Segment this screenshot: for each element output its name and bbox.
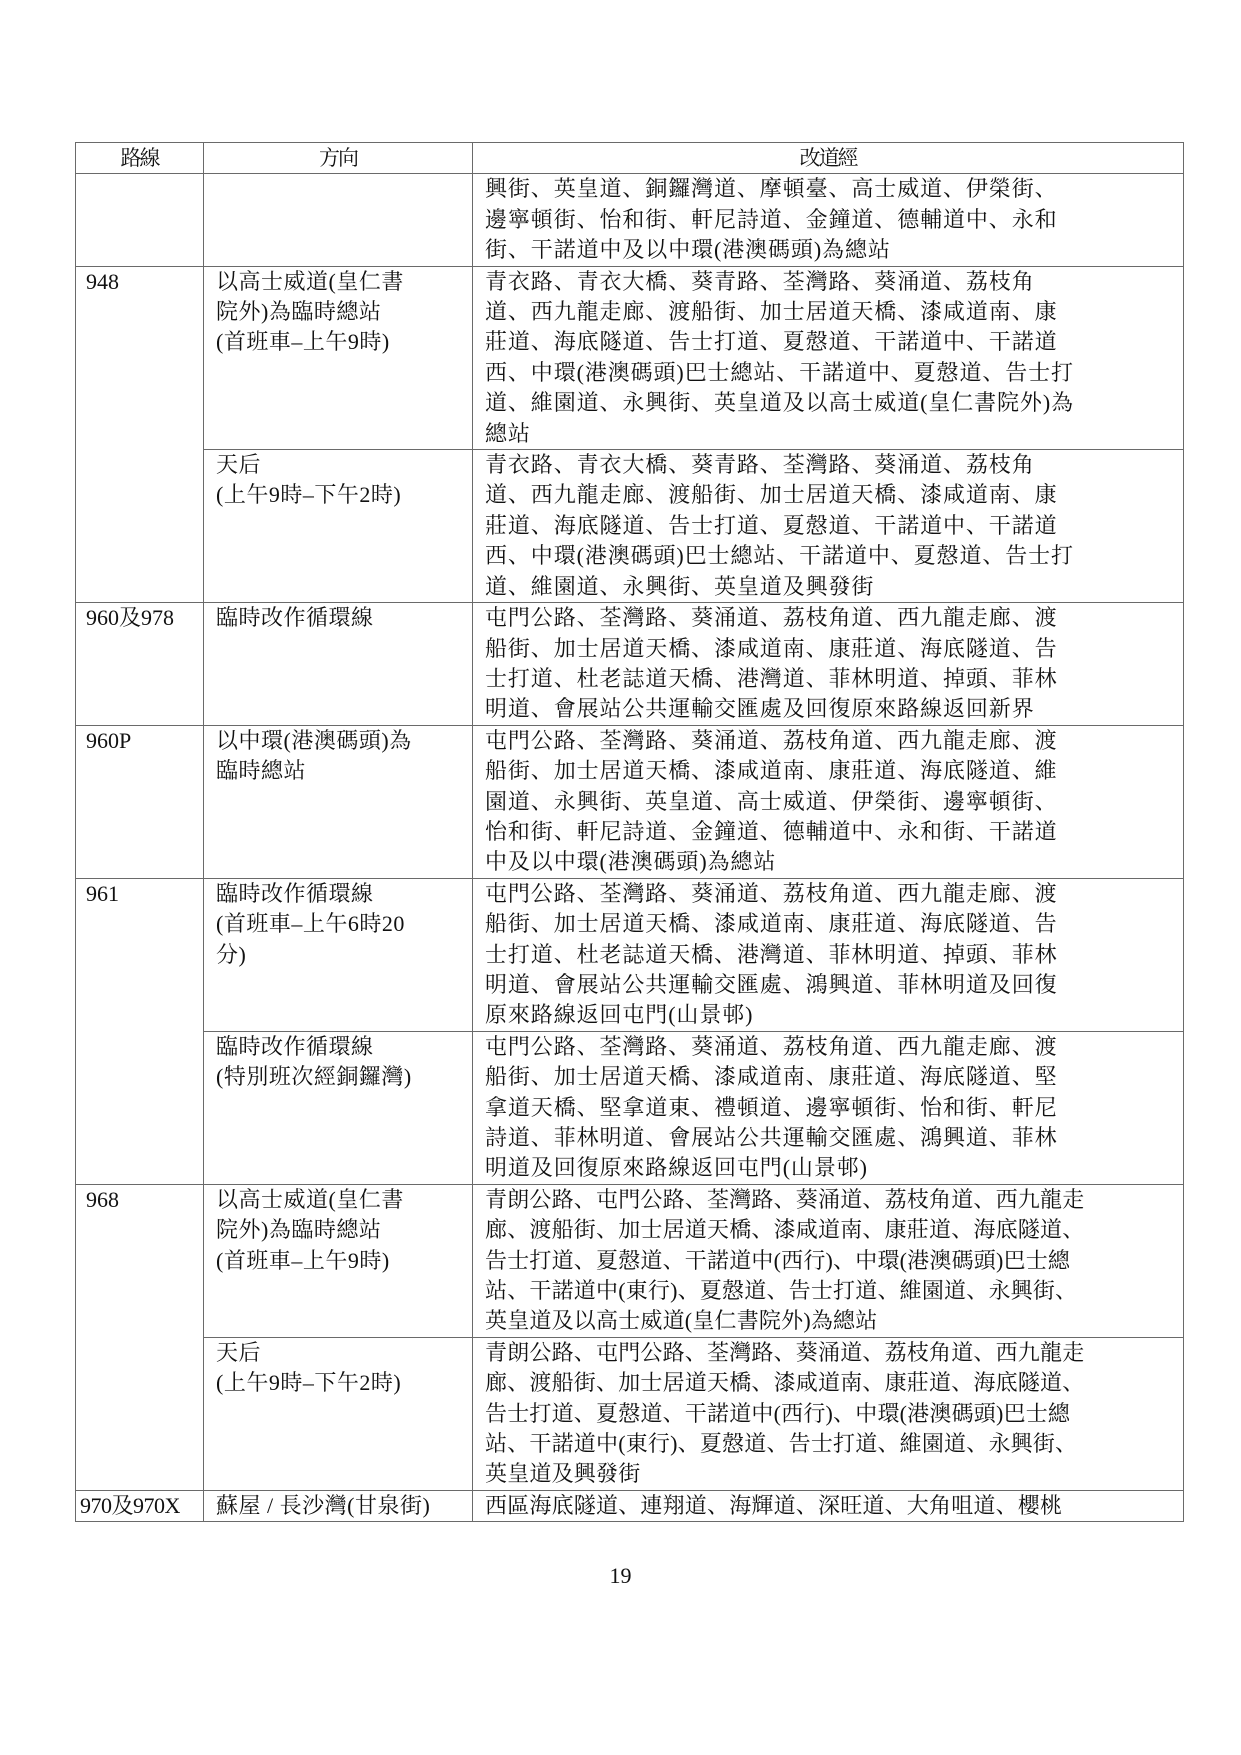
table-row: 961 臨時改作循環線 (首班車–上午6時20 分) 屯門公路、荃灣路、葵涌道、… [76, 878, 1184, 1031]
path-line: 士打道、杜老誌道天橋、港灣道、菲林明道、掉頭、菲林 [485, 664, 1177, 694]
direction-line: (特別班次經銅鑼灣) [216, 1062, 472, 1092]
path-line: 屯門公路、荃灣路、葵涌道、荔枝角道、西九龍走廊、渡 [485, 1032, 1177, 1062]
path-line: 站、干諾道中(東行)、夏慤道、告士打道、維園道、永興街、 [485, 1276, 1177, 1306]
path-line: 屯門公路、荃灣路、葵涌道、荔枝角道、西九龍走廊、渡 [485, 879, 1177, 909]
path-line: 青朗公路、屯門公路、荃灣路、葵涌道、荔枝角道、西九龍走 [485, 1338, 1177, 1368]
path-cell: 屯門公路、荃灣路、葵涌道、荔枝角道、西九龍走廊、渡 船街、加士居道天橋、漆咸道南… [473, 878, 1184, 1031]
header-diversion-path: 改道經 [473, 143, 1184, 174]
table-row: 960P 以中環(港澳碼頭)為 臨時總站 屯門公路、荃灣路、葵涌道、荔枝角道、西… [76, 725, 1184, 878]
path-line: 街、干諾道中及以中環(港澳碼頭)為總站 [485, 235, 1177, 265]
path-line: 告士打道、夏慤道、干諾道中(西行)、中環(港澳碼頭)巴士總 [485, 1246, 1177, 1276]
table-row: 960及978 臨時改作循環線 屯門公路、荃灣路、葵涌道、荔枝角道、西九龍走廊、… [76, 603, 1184, 726]
page-number: 19 [0, 1563, 1241, 1589]
path-line: 屯門公路、荃灣路、葵涌道、荔枝角道、西九龍走廊、渡 [485, 603, 1177, 633]
path-line: 道、維園道、永興街、英皇道及興發街 [485, 572, 1177, 602]
table-row: 天后 (上午9時–下午2時) 青衣路、青衣大橋、葵青路、荃灣路、葵涌道、荔枝角 … [76, 450, 1184, 603]
path-cell: 青衣路、青衣大橋、葵青路、荃灣路、葵涌道、荔枝角 道、西九龍走廊、渡船街、加士居… [473, 266, 1184, 449]
route-cell: 960P [76, 725, 204, 878]
path-line: 廊、渡船街、加士居道天橋、漆咸道南、康莊道、海底隧道、 [485, 1368, 1177, 1398]
path-line: 船街、加士居道天橋、漆咸道南、康莊道、海底隧道、堅 [485, 1062, 1177, 1092]
path-line: 西、中環(港澳碼頭)巴士總站、干諾道中、夏慤道、告士打 [485, 541, 1177, 571]
route-diversion-table: 路線 方向 改道經 興街、英皇道、銅鑼灣道、摩頓臺、高士威道、伊榮街、 邊寧頓街… [75, 142, 1184, 1522]
path-line: 告士打道、夏慤道、干諾道中(西行)、中環(港澳碼頭)巴士總 [485, 1399, 1177, 1429]
table-header-row: 路線 方向 改道經 [76, 143, 1184, 174]
direction-cell: 臨時改作循環線 (特別班次經銅鑼灣) [204, 1031, 473, 1184]
header-route: 路線 [76, 143, 204, 174]
direction-cell: 蘇屋 / 長沙灣(甘泉街) [204, 1490, 473, 1521]
path-line: 船街、加士居道天橋、漆咸道南、康莊道、海底隧道、維 [485, 756, 1177, 786]
path-cell: 青朗公路、屯門公路、荃灣路、葵涌道、荔枝角道、西九龍走 廊、渡船街、加士居道天橋… [473, 1184, 1184, 1337]
direction-line: 天后 [216, 450, 472, 480]
path-line: 青衣路、青衣大橋、葵青路、荃灣路、葵涌道、荔枝角 [485, 267, 1177, 297]
direction-line: (首班車–上午6時20 [216, 909, 472, 939]
path-line: 船街、加士居道天橋、漆咸道南、康莊道、海底隧道、告 [485, 909, 1177, 939]
path-line: 道、西九龍走廊、渡船街、加士居道天橋、漆咸道南、康 [485, 480, 1177, 510]
path-line: 莊道、海底隧道、告士打道、夏慤道、干諾道中、干諾道 [485, 327, 1177, 357]
path-line: 原來路線返回屯門(山景邨) [485, 1000, 1177, 1030]
path-cell: 青朗公路、屯門公路、荃灣路、葵涌道、荔枝角道、西九龍走 廊、渡船街、加士居道天橋… [473, 1337, 1184, 1490]
path-line: 道、西九龍走廊、渡船街、加士居道天橋、漆咸道南、康 [485, 297, 1177, 327]
direction-cell: 臨時改作循環線 [204, 603, 473, 726]
path-line: 廊、渡船街、加士居道天橋、漆咸道南、康莊道、海底隧道、 [485, 1215, 1177, 1245]
table-row: 天后 (上午9時–下午2時) 青朗公路、屯門公路、荃灣路、葵涌道、荔枝角道、西九… [76, 1337, 1184, 1490]
path-line: 明道、會展站公共運輸交匯處、鴻興道、菲林明道及回復 [485, 970, 1177, 1000]
direction-line: 蘇屋 / 長沙灣(甘泉街) [216, 1491, 472, 1521]
route-cell: 948 [76, 266, 204, 602]
direction-line: (首班車–上午9時) [216, 327, 472, 357]
direction-line: 臨時改作循環線 [216, 603, 472, 633]
path-cell: 西區海底隧道、連翔道、海輝道、深旺道、大角咀道、櫻桃 [473, 1490, 1184, 1521]
path-line: 總站 [485, 419, 1177, 449]
path-line: 站、干諾道中(東行)、夏慤道、告士打道、維園道、永興街、 [485, 1429, 1177, 1459]
direction-line: 以高士威道(皇仁書 [216, 267, 472, 297]
direction-cell: 以高士威道(皇仁書 院外)為臨時總站 (首班車–上午9時) [204, 266, 473, 449]
table-row: 970及970X 蘇屋 / 長沙灣(甘泉街) 西區海底隧道、連翔道、海輝道、深旺… [76, 1490, 1184, 1521]
direction-line: 院外)為臨時總站 [216, 1215, 472, 1245]
route-cell [76, 174, 204, 266]
path-line: 怡和街、軒尼詩道、金鐘道、德輔道中、永和街、干諾道 [485, 817, 1177, 847]
direction-cell: 臨時改作循環線 (首班車–上午6時20 分) [204, 878, 473, 1031]
path-line: 詩道、菲林明道、會展站公共運輸交匯處、鴻興道、菲林 [485, 1123, 1177, 1153]
path-line: 英皇道及興發街 [485, 1459, 1177, 1489]
direction-line: 天后 [216, 1338, 472, 1368]
path-line: 青衣路、青衣大橋、葵青路、荃灣路、葵涌道、荔枝角 [485, 450, 1177, 480]
direction-line: 以中環(港澳碼頭)為 [216, 726, 472, 756]
path-line: 士打道、杜老誌道天橋、港灣道、菲林明道、掉頭、菲林 [485, 940, 1177, 970]
path-line: 船街、加士居道天橋、漆咸道南、康莊道、海底隧道、告 [485, 634, 1177, 664]
route-cell: 960及978 [76, 603, 204, 726]
path-cell: 屯門公路、荃灣路、葵涌道、荔枝角道、西九龍走廊、渡 船街、加士居道天橋、漆咸道南… [473, 603, 1184, 726]
path-line: 莊道、海底隧道、告士打道、夏慤道、干諾道中、干諾道 [485, 511, 1177, 541]
direction-line: 臨時改作循環線 [216, 879, 472, 909]
route-cell: 968 [76, 1184, 204, 1490]
route-cell: 970及970X [76, 1490, 204, 1521]
direction-line: 臨時改作循環線 [216, 1032, 472, 1062]
route-cell: 961 [76, 878, 204, 1184]
path-line: 英皇道及以高士威道(皇仁書院外)為總站 [485, 1306, 1177, 1336]
path-line: 屯門公路、荃灣路、葵涌道、荔枝角道、西九龍走廊、渡 [485, 726, 1177, 756]
direction-line: (首班車–上午9時) [216, 1246, 472, 1276]
direction-line: 以高士威道(皇仁書 [216, 1185, 472, 1215]
path-line: 西、中環(港澳碼頭)巴士總站、干諾道中、夏慤道、告士打 [485, 358, 1177, 388]
path-cell: 屯門公路、荃灣路、葵涌道、荔枝角道、西九龍走廊、渡 船街、加士居道天橋、漆咸道南… [473, 725, 1184, 878]
direction-line: (上午9時–下午2時) [216, 480, 472, 510]
direction-cell [204, 174, 473, 266]
path-line: 拿道天橋、堅拿道東、禮頓道、邊寧頓街、怡和街、軒尼 [485, 1093, 1177, 1123]
table-row: 968 以高士威道(皇仁書 院外)為臨時總站 (首班車–上午9時) 青朗公路、屯… [76, 1184, 1184, 1337]
path-cell: 屯門公路、荃灣路、葵涌道、荔枝角道、西九龍走廊、渡 船街、加士居道天橋、漆咸道南… [473, 1031, 1184, 1184]
path-cell: 興街、英皇道、銅鑼灣道、摩頓臺、高士威道、伊榮街、 邊寧頓街、怡和街、軒尼詩道、… [473, 174, 1184, 266]
direction-cell: 以高士威道(皇仁書 院外)為臨時總站 (首班車–上午9時) [204, 1184, 473, 1337]
path-line: 明道、會展站公共運輸交匯處及回復原來路線返回新界 [485, 694, 1177, 724]
path-cell: 青衣路、青衣大橋、葵青路、荃灣路、葵涌道、荔枝角 道、西九龍走廊、渡船街、加士居… [473, 450, 1184, 603]
direction-line: (上午9時–下午2時) [216, 1368, 472, 1398]
path-line: 興街、英皇道、銅鑼灣道、摩頓臺、高士威道、伊榮街、 [485, 174, 1177, 204]
table-row: 948 以高士威道(皇仁書 院外)為臨時總站 (首班車–上午9時) 青衣路、青衣… [76, 266, 1184, 449]
path-line: 中及以中環(港澳碼頭)為總站 [485, 847, 1177, 877]
path-line: 邊寧頓街、怡和街、軒尼詩道、金鐘道、德輔道中、永和 [485, 205, 1177, 235]
path-line: 園道、永興街、英皇道、高士威道、伊榮街、邊寧頓街、 [485, 787, 1177, 817]
path-line: 明道及回復原來路線返回屯門(山景邨) [485, 1153, 1177, 1183]
direction-cell: 以中環(港澳碼頭)為 臨時總站 [204, 725, 473, 878]
direction-line: 分) [216, 940, 472, 970]
direction-line: 臨時總站 [216, 756, 472, 786]
header-direction: 方向 [204, 143, 473, 174]
direction-cell: 天后 (上午9時–下午2時) [204, 1337, 473, 1490]
table-row: 興街、英皇道、銅鑼灣道、摩頓臺、高士威道、伊榮街、 邊寧頓街、怡和街、軒尼詩道、… [76, 174, 1184, 266]
path-line: 青朗公路、屯門公路、荃灣路、葵涌道、荔枝角道、西九龍走 [485, 1185, 1177, 1215]
path-line: 道、維園道、永興街、英皇道及以高士威道(皇仁書院外)為 [485, 388, 1177, 418]
direction-line: 院外)為臨時總站 [216, 297, 472, 327]
path-line: 西區海底隧道、連翔道、海輝道、深旺道、大角咀道、櫻桃 [485, 1491, 1177, 1521]
table-row: 臨時改作循環線 (特別班次經銅鑼灣) 屯門公路、荃灣路、葵涌道、荔枝角道、西九龍… [76, 1031, 1184, 1184]
direction-cell: 天后 (上午9時–下午2時) [204, 450, 473, 603]
